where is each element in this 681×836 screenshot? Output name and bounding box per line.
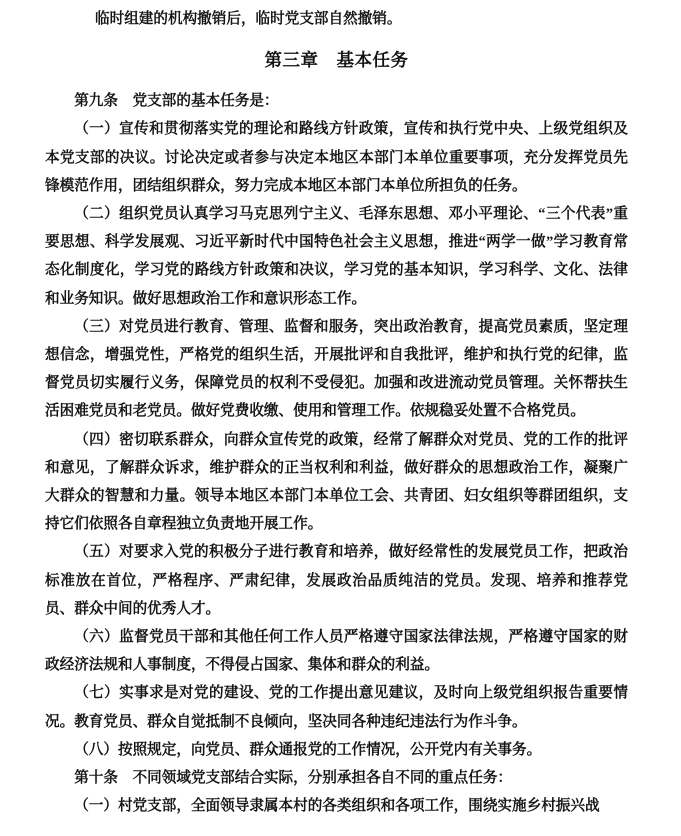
article-10-intro: 第十条 不同领域党支部结合实际，分别承担各自不同的重点任务：: [45, 764, 628, 792]
article-9-item-2: （二）组织党员认真学习马克思列宁主义、毛泽东思想、邓小平理论、“三个代表”重要思…: [45, 200, 628, 313]
continuation-line: 临时组建的机构撤销后，临时党支部自然撤销。: [45, 5, 628, 33]
document-body: 临时组建的机构撤销后，临时党支部自然撤销。 第三章 基本任务 第九条 党支部的基…: [45, 5, 628, 820]
article-9-item-4: （四）密切联系群众，向群众宣传党的政策，经常了解群众对党员、党的工作的批评和意见…: [45, 426, 628, 539]
chapter-heading: 第三章 基本任务: [45, 45, 628, 75]
article-9-item-6: （六）监督党员干部和其他任何工作人员严格遵守国家法律法规，严格遵守国家的财政经济…: [45, 623, 628, 679]
article-9-item-5: （五）对要求入党的积极分子进行教育和培养，做好经常性的发展党员工作，把政治标准放…: [45, 538, 628, 623]
article-9-item-7: （七）实事求是对党的建设、党的工作提出意见建议，及时向上级党组织报告重要情况。教…: [45, 679, 628, 735]
article-9-item-8: （八）按照规定，向党员、群众通报党的工作情况，公开党内有关事务。: [45, 736, 628, 764]
article-10-item-1: （一）村党支部，全面领导隶属本村的各类组织和各项工作，围绕实施乡村振兴战: [45, 792, 628, 820]
articles-container: 第九条 党支部的基本任务是：（一）宣传和贯彻落实党的理论和路线方针政策，宣传和执…: [45, 87, 628, 820]
article-9-item-3: （三）对党员进行教育、管理、监督和服务，突出政治教育，提高党员素质，坚定理想信念…: [45, 313, 628, 426]
article-9-item-1: （一）宣传和贯彻落实党的理论和路线方针政策，宣传和执行党中央、上级党组织及本党支…: [45, 115, 628, 200]
article-9-intro: 第九条 党支部的基本任务是：: [45, 87, 628, 115]
document-page: 临时组建的机构撤销后，临时党支部自然撤销。 第三章 基本任务 第九条 党支部的基…: [0, 0, 681, 836]
